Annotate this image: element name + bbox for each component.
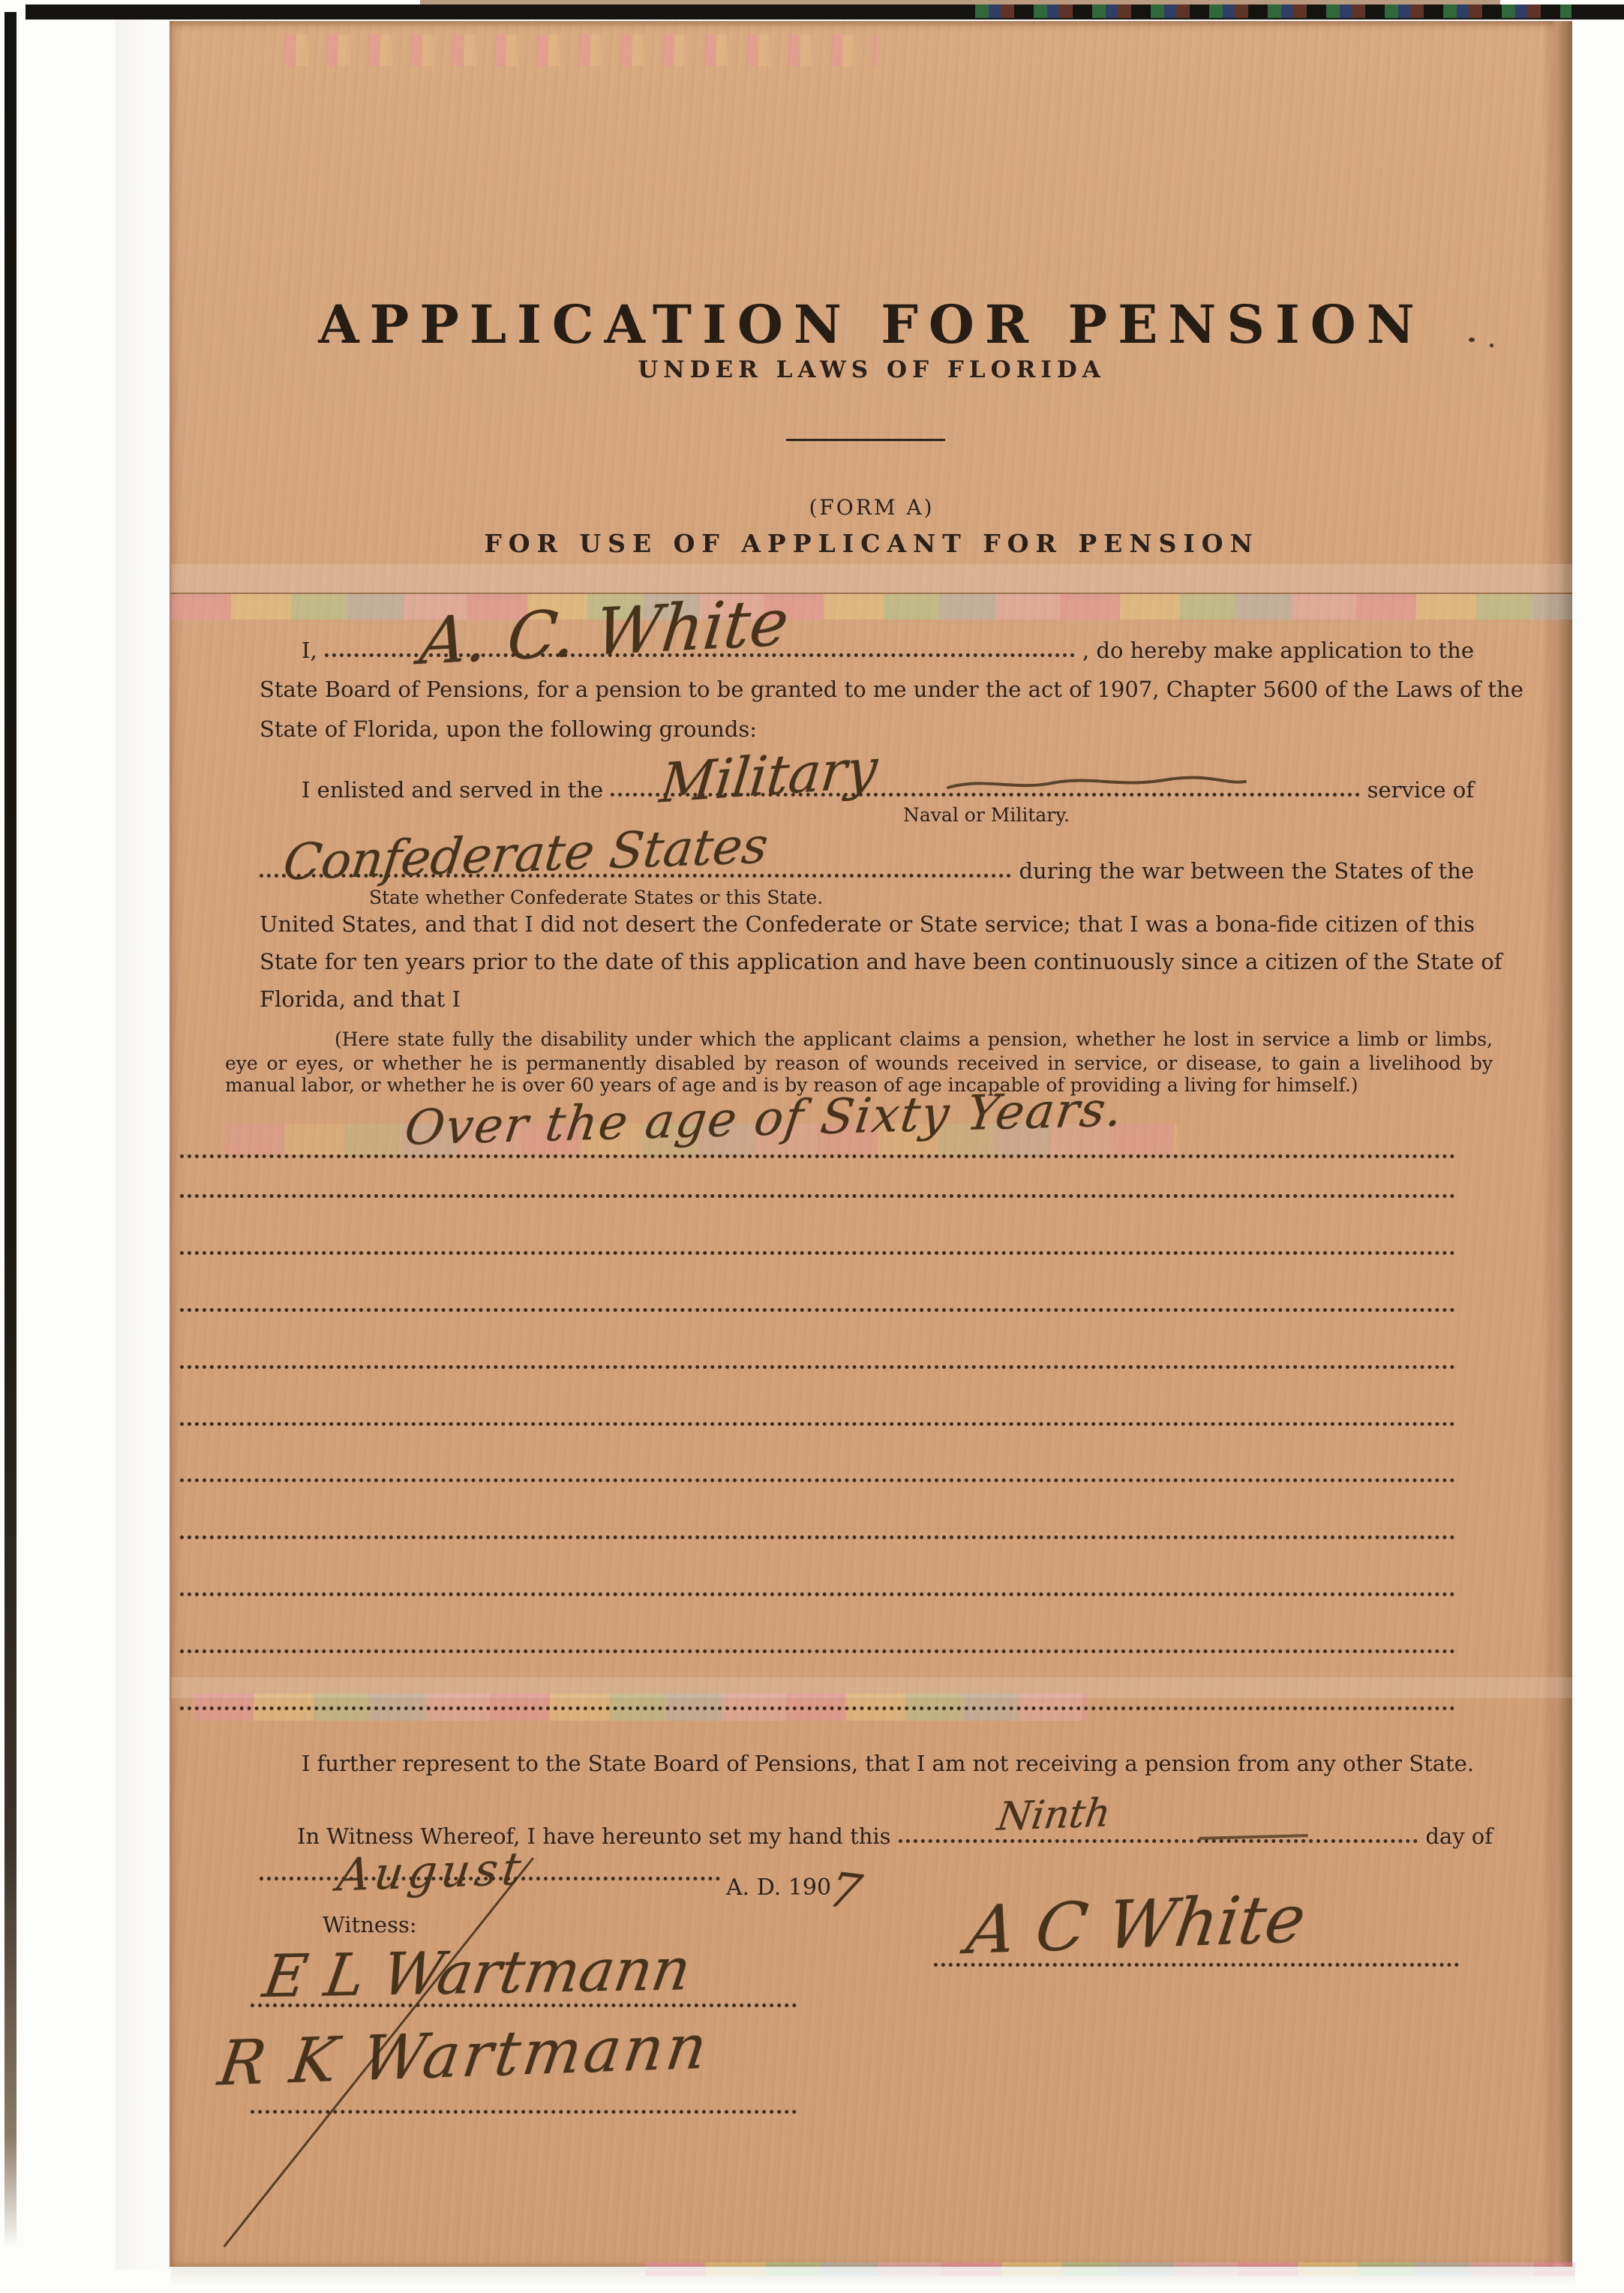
blank-dotted-line	[180, 1422, 1455, 1426]
witness2-signature: R K Wartmann	[215, 2016, 713, 2095]
scanner-edge-left	[5, 12, 17, 2247]
in-witness-prefix: In Witness Whereof, I have hereunto set …	[297, 1825, 891, 1847]
blank-ruled-lines	[180, 1194, 1455, 1710]
state-whether-note: State whether Confederate States or this…	[369, 888, 823, 907]
handwritten-day: Ninth	[995, 1793, 1112, 1837]
blank-dotted-line	[180, 1706, 1455, 1710]
statement-line-3: State of Florida, upon the following gro…	[260, 719, 757, 740]
blank-dotted-line	[180, 1649, 1455, 1653]
blank-dotted-line	[180, 1194, 1455, 1198]
enlisted-line: I enlisted and served in the service of	[302, 779, 1474, 801]
document-title: APPLICATION FOR PENSION	[171, 299, 1572, 351]
enlisted-prefix: I enlisted and served in the	[302, 779, 603, 801]
instruction-line-2: eye or eyes, or whether he is permanentl…	[225, 1054, 1493, 1073]
citizen-para-2: State for ten years prior to the date of…	[260, 951, 1475, 973]
handwritten-month: August	[335, 1846, 527, 1898]
instruction-line-1: (Here state fully the disability under w…	[335, 1030, 1493, 1049]
fold-iridescent-band	[171, 594, 1572, 620]
blank-dotted-line	[180, 1308, 1455, 1312]
handwritten-dash-squiggle	[947, 773, 1247, 795]
witness1-signature: E L Wartmann	[260, 1940, 695, 2006]
enlisted-suffix: service of	[1367, 779, 1474, 801]
name-line-prefix: I,	[302, 639, 317, 662]
plastic-sleeve-sheen-left	[116, 20, 171, 2270]
blank-dotted-line	[180, 1478, 1455, 1482]
document-subtitle: UNDER LAWS OF FLORIDA	[171, 359, 1572, 382]
date-year-label: A. D. 190	[726, 1877, 831, 1899]
handwritten-service-branch: Military	[658, 741, 881, 811]
scan-artifact-band-top	[285, 35, 878, 66]
citizen-para-1: United States, and that I did not desert…	[260, 914, 1475, 935]
disability-answer-dotted-line	[180, 1137, 1455, 1158]
title-divider-rule	[786, 439, 945, 441]
scan-artifact-band-top-right	[975, 5, 1571, 18]
blank-dotted-line	[180, 1365, 1455, 1369]
scanned-pension-document: APPLICATION FOR PENSION UNDER LAWS OF FL…	[0, 0, 1624, 2293]
blank-dotted-line	[180, 1535, 1455, 1539]
war-line-suffix: during the war between the States of the	[1019, 860, 1474, 882]
name-line-suffix: , do hereby make application to the	[1082, 639, 1474, 662]
form-heading: FOR USE OF APPLICANT FOR PENSION	[171, 531, 1572, 556]
handwritten-applicant-name: A. C. White	[417, 590, 791, 674]
witness-label: Witness:	[323, 1914, 417, 1936]
blank-dotted-line	[180, 1592, 1455, 1596]
fold-crease-sheen	[171, 564, 1572, 593]
applicant-signature: A C White	[963, 1886, 1310, 1964]
plastic-sleeve-sheen-bottom	[171, 2267, 1575, 2286]
statement-line-2: State Board of Pensions, for a pension t…	[260, 679, 1475, 701]
naval-or-military-note: Naval or Military.	[893, 806, 1080, 824]
blank-dotted-line	[180, 1251, 1455, 1255]
represent-statement: I further represent to the State Board o…	[302, 1753, 1474, 1775]
citizen-para-3: Florida, and that I	[260, 989, 461, 1010]
day-dotted-line	[899, 1839, 1418, 1843]
form-label: (FORM A)	[171, 497, 1572, 518]
in-witness-suffix: day of	[1425, 1825, 1493, 1847]
